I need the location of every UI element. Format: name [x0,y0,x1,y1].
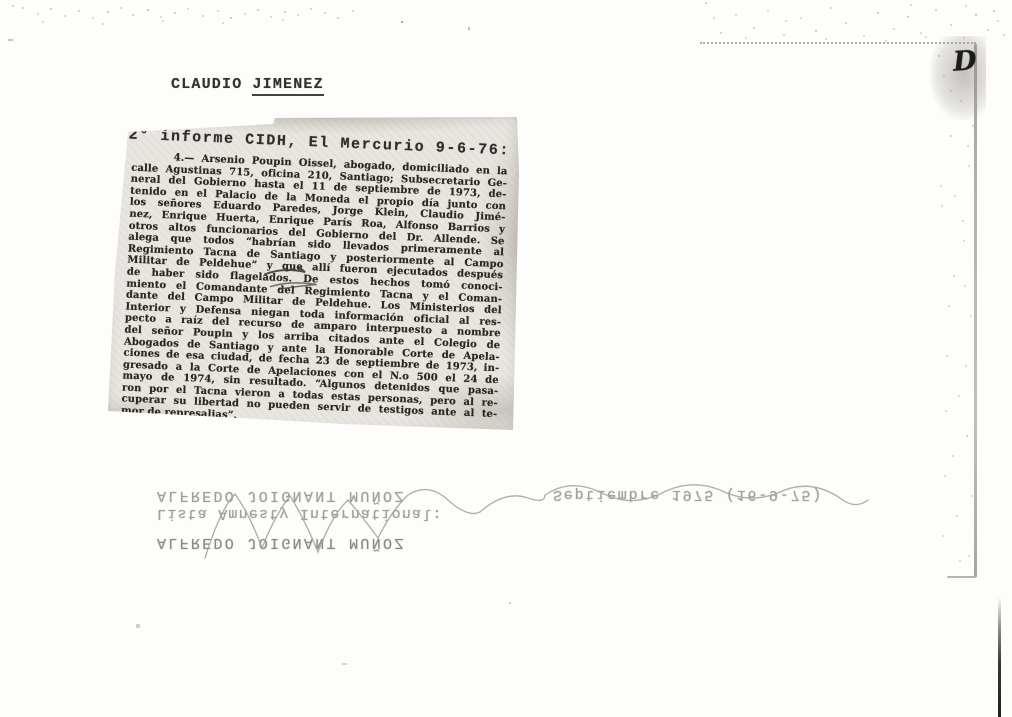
dust-speck [8,39,13,41]
dust-speck [401,21,403,23]
bleed-date-note: Septiembre 1975 (16-9-75) [553,486,823,503]
page-edge-right [974,44,977,577]
dust-speck [342,663,347,665]
scan-noise-top-left [12,5,14,7]
dust-speck [509,602,511,604]
bleed-list-label: Lista Amnesty International: [157,505,443,522]
scan-edge-line [998,597,1001,717]
bleed-name-bottom: ALFREDO JOIGNANT MUÑOZ [157,534,406,551]
dust-speck [468,27,470,30]
subject-first-name: CLAUDIO [171,76,242,93]
clipping-content: 2° informe CIDH, El Mercurio 9-6-76: 4.—… [105,126,509,433]
bleedthrough-text: ALFREDO JOIGNANT MUÑOZ Septiembre 1975 (… [157,484,887,574]
scan-noise-top-right [705,2,707,4]
scanned-page: D CLAUDIOJIMENEZ 2° informe CIDH, El Mer… [0,0,1012,717]
subject-last-name: JIMENEZ [252,76,323,96]
handwritten-letter-d: D [950,44,980,82]
bleedthrough-row: ALFREDO JOIGNANT MUÑOZ Septiembre 1975 (… [157,486,406,503]
dust-speck [136,624,140,628]
bleedthrough-row: Lista Amnesty International: [157,504,443,521]
newspaper-clipping: 2° informe CIDH, El Mercurio 9-6-76: 4.—… [103,112,521,436]
bleed-name-top: ALFREDO JOIGNANT MUÑOZ [157,487,406,504]
page-edge-bottom-notch [947,576,976,578]
clipping-body: 4.— Arsenio Poupin Oissel, abogado, domi… [105,150,508,433]
bleedthrough-row: ALFREDO JOIGNANT MUÑOZ [157,533,406,550]
subject-name: CLAUDIOJIMENEZ [171,76,324,93]
